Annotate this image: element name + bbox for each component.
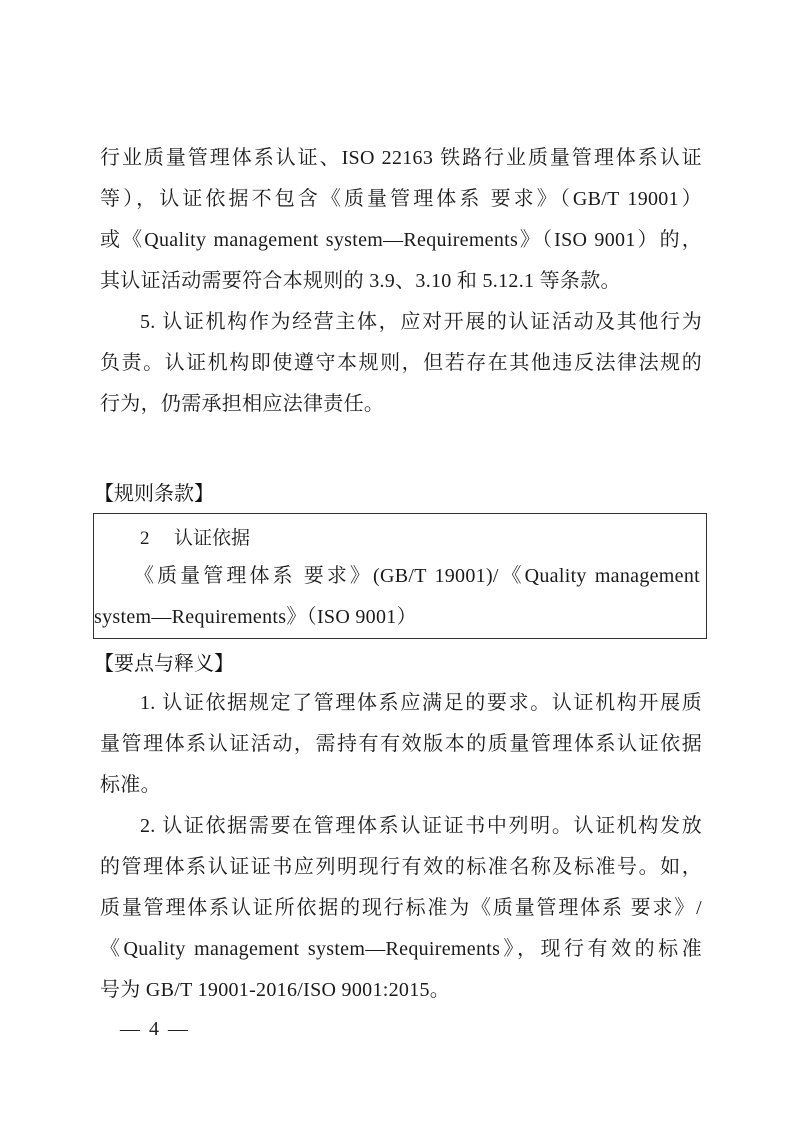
text-line: 等），认证依据不包含《质量管理体系 要求》（GB/T 19001）	[100, 179, 702, 220]
text-line: 其认证活动需要符合本规则的 3.9、3.10 和 5.12.1 等条款。	[100, 261, 702, 302]
text-line: 5. 认证机构作为经营主体，应对开展的认证活动及其他行为	[100, 302, 702, 343]
text-line: 标准。	[100, 765, 702, 806]
text-line: 号为 GB/T 19001-2016/ISO 9001:2015。	[100, 970, 702, 1011]
text-line: 质量管理体系认证所依据的现行标准为《质量管理体系 要求》/	[100, 888, 702, 929]
section-heading-rules: 【规则条款】	[94, 473, 702, 513]
text-line: 或《Quality management system—Requirements…	[100, 220, 702, 261]
clause-title: 2认证依据	[100, 520, 700, 556]
text-line: 2. 认证依据需要在管理体系认证证书中列明。认证机构发放	[100, 806, 702, 847]
spacer	[100, 449, 702, 473]
clause-text-line: 《质量管理体系 要求》(GB/T 19001)/《Quality managem…	[100, 556, 700, 597]
clause-title-text: 认证依据	[174, 527, 250, 549]
text-line: 量管理体系认证活动，需持有有效版本的质量管理体系认证依据	[100, 724, 702, 765]
list-item-5: 5. 认证机构作为经营主体，应对开展的认证活动及其他行为 负责。认证机构即使遵守…	[100, 302, 702, 425]
rule-clause-box: 2认证依据 《质量管理体系 要求》(GB/T 19001)/《Quality m…	[93, 513, 707, 639]
text-line: 行业质量管理体系认证、ISO 22163 铁路行业质量管理体系认证	[100, 138, 702, 179]
text-line: 行为，仍需承担相应法律责任。	[100, 384, 702, 425]
spacer	[100, 425, 702, 449]
text-line: 负责。认证机构即使遵守本规则，但若存在其他违反法律法规的	[100, 343, 702, 384]
clause-text-line: system—Requirements》（ISO 9001）	[94, 597, 700, 638]
clause-number: 2	[140, 521, 174, 557]
document-page: 行业质量管理体系认证、ISO 22163 铁路行业质量管理体系认证 等），认证依…	[100, 138, 702, 1011]
text-line: 的管理体系认证证书应列明现行有效的标准名称及标准号。如，	[100, 847, 702, 888]
page-number: — 4 —	[120, 1018, 190, 1041]
section-heading-explanation: 【要点与释义】	[94, 643, 702, 683]
explanation-item-2: 2. 认证依据需要在管理体系认证证书中列明。认证机构发放 的管理体系认证证书应列…	[100, 806, 702, 1011]
text-line: 1. 认证依据规定了管理体系应满足的要求。认证机构开展质	[100, 683, 702, 724]
intro-paragraph: 行业质量管理体系认证、ISO 22163 铁路行业质量管理体系认证 等），认证依…	[100, 138, 702, 302]
text-line: 《Quality management system—Requirements》…	[100, 929, 702, 970]
explanation-item-1: 1. 认证依据规定了管理体系应满足的要求。认证机构开展质 量管理体系认证活动，需…	[100, 683, 702, 806]
